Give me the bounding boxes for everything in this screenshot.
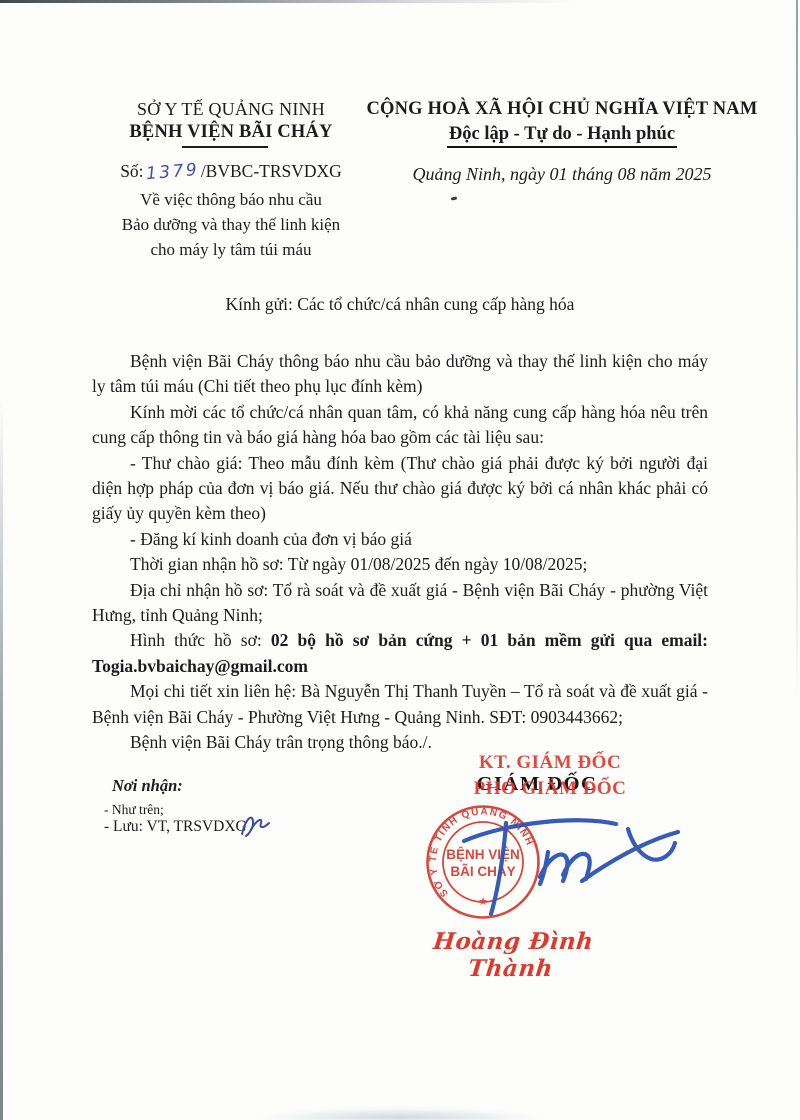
national-header-block: CỘNG HOÀ XÃ HỘI CHỦ NGHĨA VIỆT NAM Độc l… [362, 98, 762, 148]
org-name: BỆNH VIỆN BÃI CHÁY [95, 121, 367, 144]
body-text: Hình thức hồ sơ: [130, 630, 271, 650]
subject-line: cho máy ly tâm túi máu [95, 237, 367, 262]
body-paragraph: Thời gian nhận hồ sơ: Từ ngày 01/08/2025… [92, 552, 708, 577]
scan-edge-top [0, 0, 800, 3]
body-paragraph: Kính mời các tổ chức/cá nhân quan tâm, c… [92, 400, 708, 451]
body-paragraph: Mọi chi tiết xin liên hệ: Bà Nguyễn Thị … [92, 679, 708, 730]
body-paragraph: - Thư chào giá: Theo mẫu đính kèm (Thư c… [92, 451, 708, 527]
scan-edge-right [796, 0, 798, 700]
subject-line: Bảo dưỡng và thay thế linh kiện [95, 212, 367, 237]
salutation: Kính gửi: Các tổ chức/cá nhân cung cấp h… [90, 294, 710, 315]
letter-body: Bệnh viện Bãi Cháy thông báo nhu cầu bảo… [92, 349, 708, 756]
clerk-initials-ink [238, 812, 272, 838]
place-date-line: Quảng Ninh, ngày 01 tháng 08 năm 2025 [362, 164, 762, 185]
scan-smudge-bottom [255, 1108, 545, 1120]
recipients-heading: Nơi nhận: [112, 776, 183, 796]
subject-line: Về việc thông báo nhu cầu [95, 187, 367, 212]
stamped-title-line: KT. GIÁM ĐỐC [445, 750, 655, 776]
subject-block: Về việc thông báo nhu cầu Bảo dưỡng và t… [95, 187, 367, 262]
body-paragraph: Bệnh viện Bãi Cháy thông báo nhu cầu bảo… [92, 349, 708, 400]
document-number-prefix: Số: [120, 161, 143, 181]
scanned-official-letter: SỞ Y TẾ QUẢNG NINH BỆNH VIỆN BÃI CHÁY CỘ… [0, 0, 800, 1120]
body-paragraph: Địa chỉ nhận hồ sơ: Tổ rà soát và đề xuấ… [92, 578, 708, 629]
body-paragraph: - Đăng kí kinh doanh của đơn vị báo giá [92, 527, 708, 552]
recipient-item: - Lưu: VT, TRSVDXG [104, 818, 247, 836]
scan-speck [451, 196, 457, 200]
recipient-item: - Như trên; [104, 802, 164, 818]
national-title: CỘNG HOÀ XÃ HỘI CHỦ NGHĨA VIỆT NAM [362, 98, 762, 121]
body-paragraph: Hình thức hồ sơ: 02 bộ hồ sơ bản cứng + … [92, 628, 708, 679]
org-name-underline [182, 146, 268, 148]
document-number-handwritten: 1379 [145, 160, 200, 185]
document-number-line: Số:1379/BVBC-TRSVDXG [95, 161, 367, 182]
issuing-org-block: SỞ Y TẾ QUẢNG NINH BỆNH VIỆN BÃI CHÁY [95, 98, 367, 148]
scan-edge-left [0, 400, 3, 1120]
signature-ink [430, 795, 700, 925]
document-number-suffix: /BVBC-TRSVDXG [201, 161, 342, 181]
parent-org-name: SỞ Y TẾ QUẢNG NINH [95, 98, 367, 121]
signer-name: Hoàng Đình Thành [404, 928, 620, 982]
national-motto: Độc lập - Tự do - Hạnh phúc [447, 123, 677, 148]
